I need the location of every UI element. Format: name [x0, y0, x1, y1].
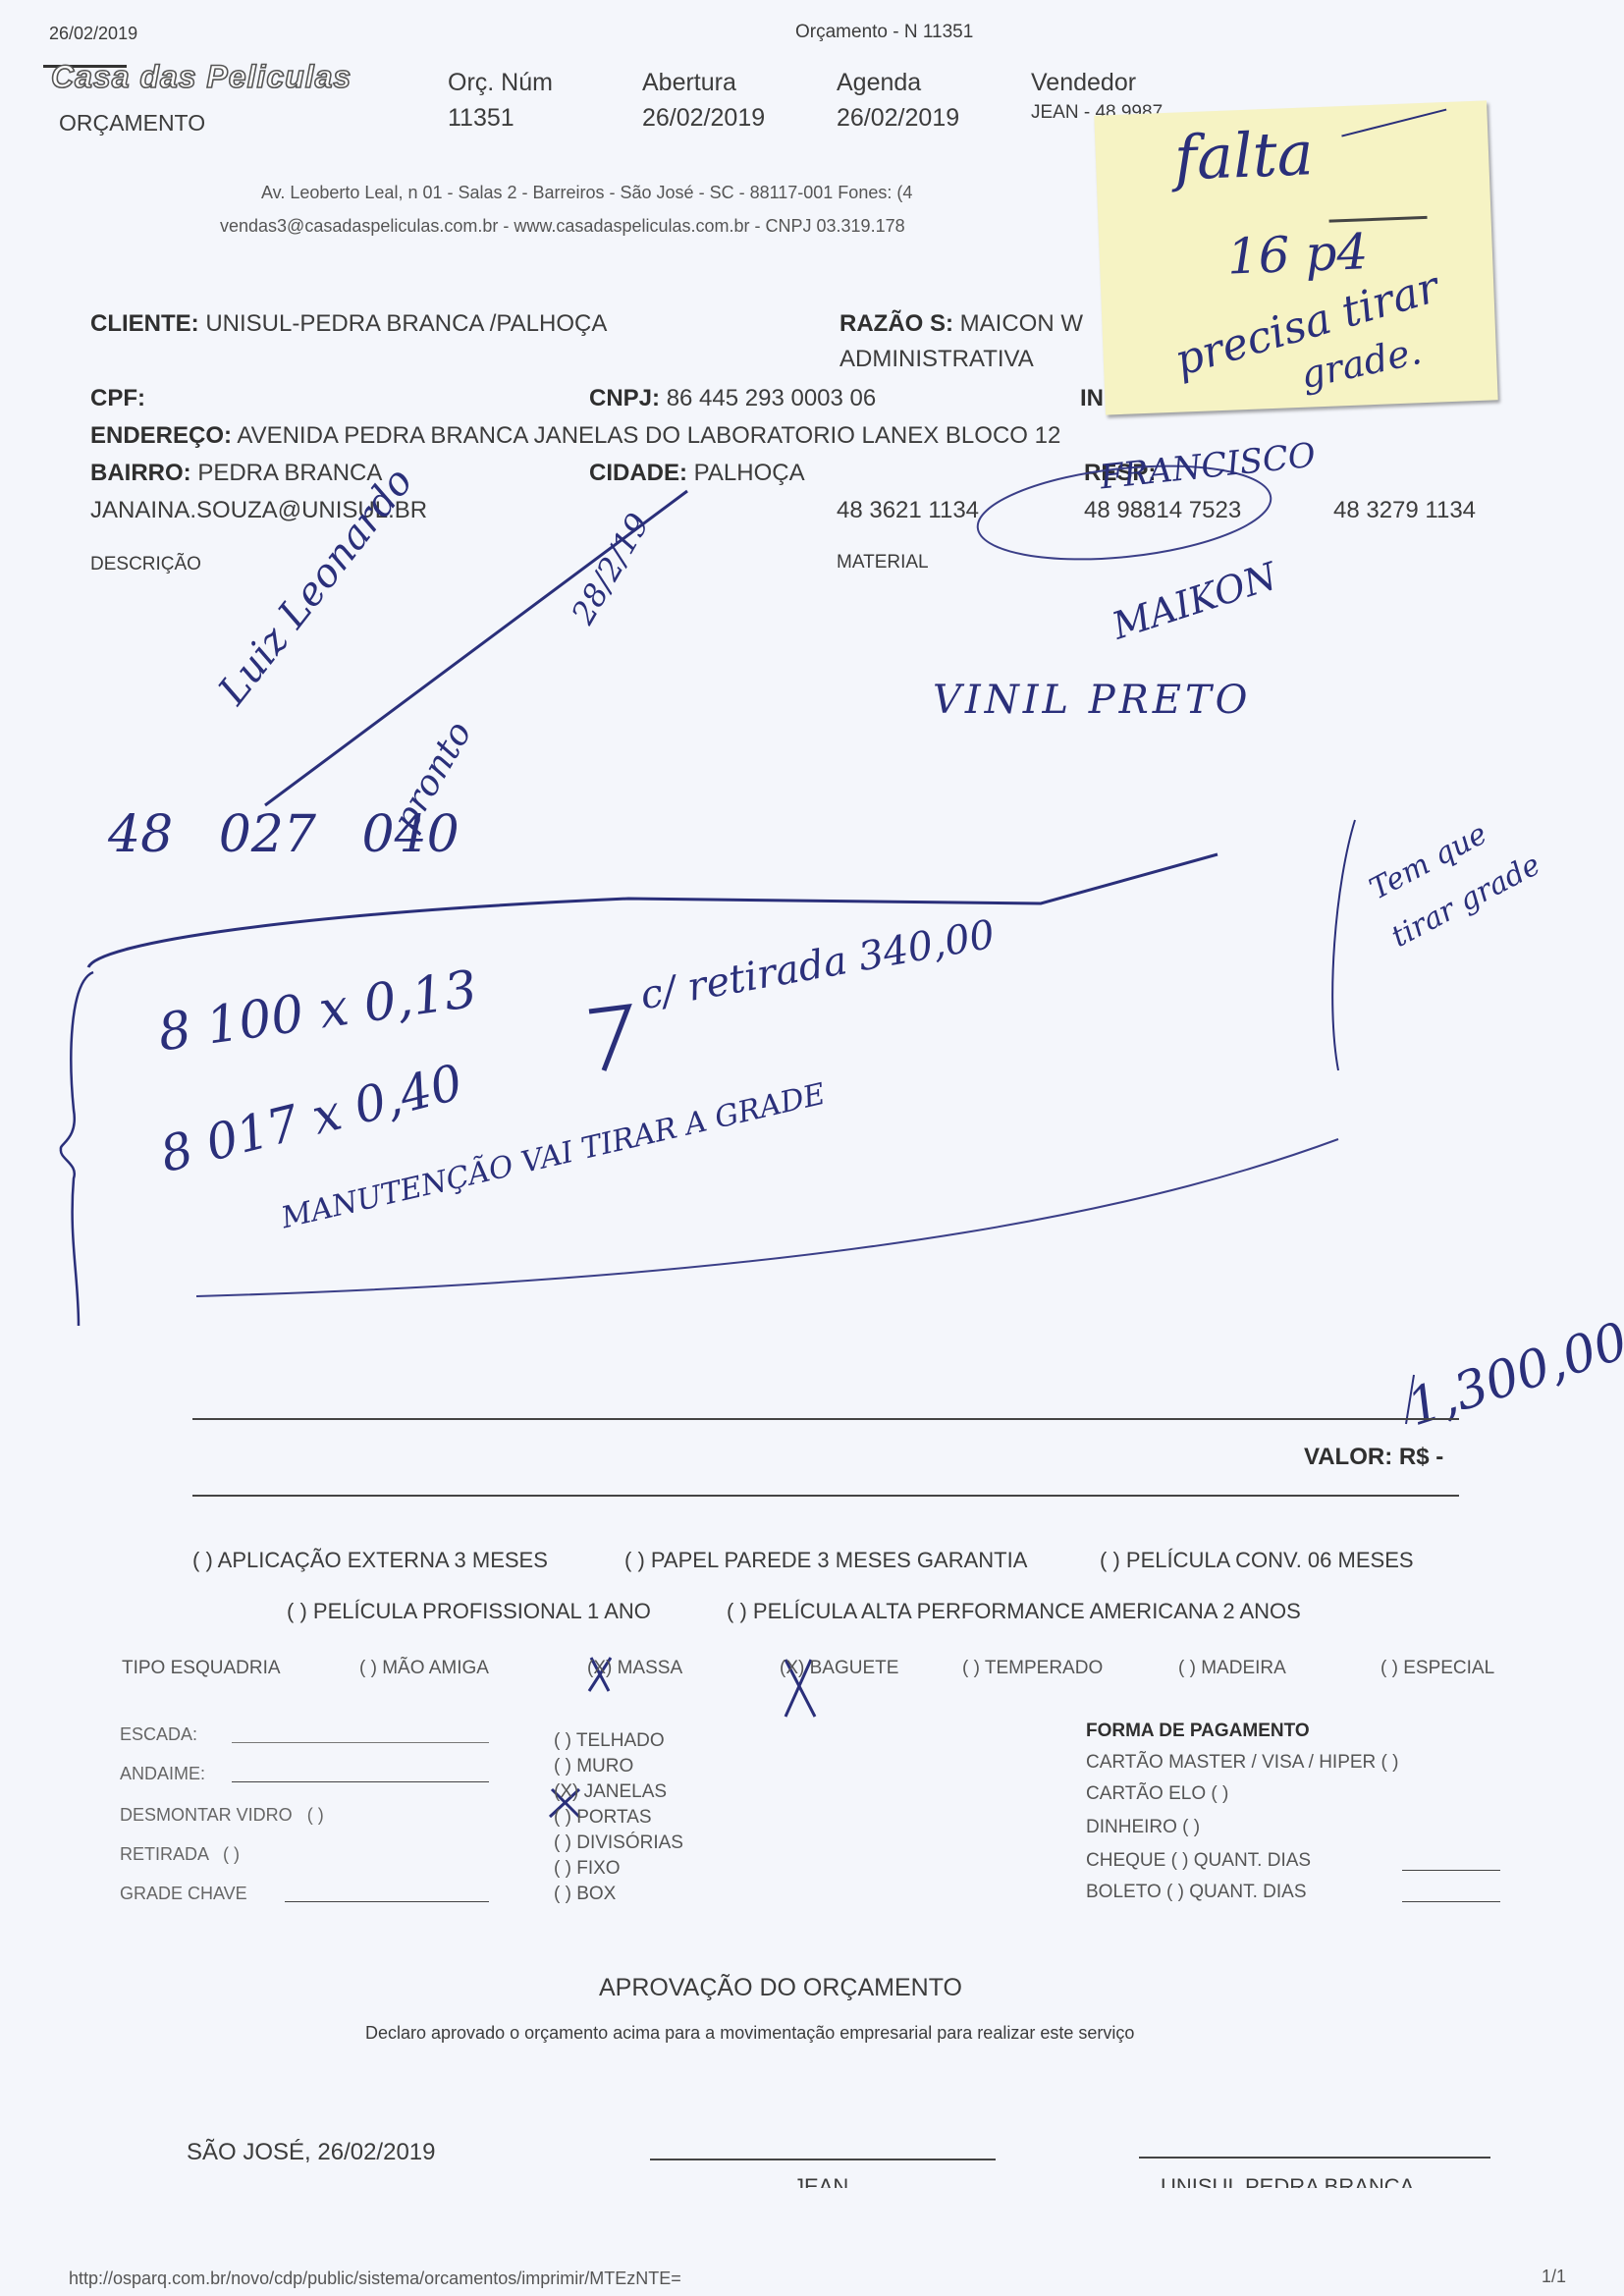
boleto-dias-field[interactable]	[1402, 1901, 1500, 1902]
divider-bottom	[192, 1495, 1459, 1497]
service-checkbox[interactable]: ( )	[624, 1548, 645, 1572]
checkbox[interactable]: (X)	[554, 1781, 578, 1802]
option-label: DESMONTAR VIDRO	[120, 1805, 293, 1825]
local-portas[interactable]: ( ) PORTAS	[554, 1807, 652, 1829]
option-label: MURO	[576, 1756, 633, 1777]
signature-line-1	[650, 2159, 996, 2160]
footer-url: http://osparq.com.br/novo/cdp/public/sis…	[69, 2269, 681, 2289]
sticky-line-1: falta	[1173, 117, 1315, 193]
divider-top	[192, 1418, 1459, 1420]
service-label: APLICAÇÃO EXTERNA 3 MESES	[218, 1548, 548, 1572]
service-pelicula-conv[interactable]: ( ) PELÍCULA CONV. 06 MESES	[1100, 1548, 1414, 1573]
service-label: PAPEL PAREDE 3 MESES GARANTIA	[651, 1548, 1028, 1572]
checkbox[interactable]: ( )	[554, 1884, 571, 1904]
esquadria-label: TIPO ESQUADRIA	[122, 1658, 281, 1679]
signature-name-1: JEAN	[793, 2174, 848, 2188]
approval-place-date: SÃO JOSÉ, 26/02/2019	[187, 2139, 436, 2166]
sticky-note: falta 16 p4 precisa tirar grade.	[1094, 100, 1497, 414]
pagamento-cartao-elo[interactable]: CARTÃO ELO ( )	[1086, 1783, 1228, 1805]
esquadria-temperado[interactable]: ( ) TEMPERADO	[962, 1658, 1103, 1679]
local-janelas[interactable]: (X) JANELAS	[554, 1781, 667, 1803]
local-box[interactable]: ( ) BOX	[554, 1884, 616, 1905]
service-aplicacao-externa[interactable]: ( ) APLICAÇÃO EXTERNA 3 MESES	[192, 1548, 548, 1573]
andaime-field[interactable]	[232, 1781, 489, 1782]
service-checkbox[interactable]: ( )	[727, 1599, 747, 1623]
pagamento-cheque[interactable]: CHEQUE ( ) QUANT. DIAS	[1086, 1850, 1311, 1872]
checkbox[interactable]: ( )	[554, 1807, 571, 1828]
service-pelicula-alta-performance[interactable]: ( ) PELÍCULA ALTA PERFORMANCE AMERICANA …	[727, 1599, 1301, 1624]
service-label: PELÍCULA ALTA PERFORMANCE AMERICANA 2 AN…	[753, 1599, 1301, 1623]
checkbox[interactable]: ( )	[1178, 1658, 1196, 1678]
pagamento-cartao-master[interactable]: CARTÃO MASTER / VISA / HIPER ( )	[1086, 1752, 1398, 1774]
service-label: PELÍCULA PROFISSIONAL 1 ANO	[313, 1599, 651, 1623]
esquadria-mao-amiga[interactable]: ( ) MÃO AMIGA	[359, 1658, 489, 1679]
esquadria-madeira[interactable]: ( ) MADEIRA	[1178, 1658, 1286, 1679]
option-label: BOX	[576, 1884, 616, 1904]
extra-grade-chave: GRADE CHAVE	[120, 1884, 247, 1904]
option-label: FIXO	[576, 1858, 620, 1879]
option-label: BAGUETE	[810, 1658, 899, 1678]
escada-field[interactable]	[232, 1742, 489, 1743]
option-label: MASSA	[618, 1658, 683, 1678]
local-telhado[interactable]: ( ) TELHADO	[554, 1730, 665, 1752]
signature-name-2: UNISUL PEDRA BRANCA	[1161, 2174, 1414, 2188]
hw-material: VINIL PRETO	[933, 678, 1251, 723]
checkbox[interactable]: ( )	[1380, 1658, 1398, 1678]
sticky-underline-1	[1341, 109, 1446, 137]
checkbox[interactable]: ( )	[554, 1858, 571, 1879]
extra-desmontar-vidro[interactable]: DESMONTAR VIDRO ( )	[120, 1805, 324, 1826]
option-label: JANELAS	[584, 1781, 667, 1802]
cheque-dias-field[interactable]	[1402, 1870, 1500, 1871]
checkbox[interactable]: ( )	[307, 1805, 324, 1825]
sticky-underline-2	[1329, 216, 1428, 223]
extra-escada: ESCADA:	[120, 1724, 197, 1745]
service-checkbox[interactable]: ( )	[192, 1548, 213, 1572]
service-checkbox[interactable]: ( )	[287, 1599, 307, 1623]
checkbox[interactable]: (X)	[780, 1658, 804, 1678]
service-checkbox[interactable]: ( )	[1100, 1548, 1120, 1572]
checkbox[interactable]: ( )	[962, 1658, 980, 1678]
checkbox[interactable]: ( )	[223, 1844, 240, 1864]
sticky-line-2: 16 p4	[1226, 223, 1369, 285]
option-label: PORTAS	[576, 1807, 651, 1828]
option-label: RETIRADA	[120, 1844, 208, 1864]
local-divisorias[interactable]: ( ) DIVISÓRIAS	[554, 1832, 683, 1854]
extra-retirada[interactable]: RETIRADA ( )	[120, 1844, 240, 1865]
esquadria-massa[interactable]: (X) MASSA	[587, 1658, 682, 1679]
option-label: ESPECIAL	[1403, 1658, 1494, 1678]
pagamento-dinheiro[interactable]: DINHEIRO ( )	[1086, 1817, 1200, 1838]
valor-label: VALOR: R$ -	[1304, 1444, 1443, 1471]
esquadria-baguete[interactable]: (X) BAGUETE	[780, 1658, 898, 1679]
service-pelicula-profissional[interactable]: ( ) PELÍCULA PROFISSIONAL 1 ANO	[287, 1599, 651, 1624]
approval-title: APROVAÇÃO DO ORÇAMENTO	[599, 1974, 962, 2002]
checkbox[interactable]: ( )	[554, 1756, 571, 1777]
pagamento-title: FORMA DE PAGAMENTO	[1086, 1721, 1310, 1742]
option-label: MADEIRA	[1201, 1658, 1286, 1678]
pagamento-boleto[interactable]: BOLETO ( ) QUANT. DIAS	[1086, 1882, 1307, 1903]
checkbox[interactable]: (X)	[587, 1658, 612, 1678]
checkbox[interactable]: ( )	[359, 1658, 377, 1678]
signature-line-2	[1139, 2157, 1490, 2159]
local-fixo[interactable]: ( ) FIXO	[554, 1858, 621, 1880]
grade-chave-field[interactable]	[285, 1901, 489, 1902]
option-label: TELHADO	[576, 1730, 665, 1751]
service-label: PELÍCULA CONV. 06 MESES	[1126, 1548, 1414, 1572]
extra-andaime: ANDAIME:	[120, 1764, 205, 1784]
hw-phone-note: 48 027 040	[108, 805, 460, 864]
option-label: DIVISÓRIAS	[576, 1832, 683, 1853]
approval-text: Declaro aprovado o orçamento acima para …	[365, 2023, 1134, 2044]
checkbox[interactable]: ( )	[554, 1730, 571, 1751]
esquadria-especial[interactable]: ( ) ESPECIAL	[1380, 1658, 1494, 1679]
option-label: MÃO AMIGA	[382, 1658, 489, 1678]
option-label: TEMPERADO	[985, 1658, 1103, 1678]
footer-page: 1/1	[1542, 2267, 1566, 2287]
local-muro[interactable]: ( ) MURO	[554, 1756, 633, 1777]
service-papel-parede[interactable]: ( ) PAPEL PAREDE 3 MESES GARANTIA	[624, 1548, 1027, 1573]
checkbox[interactable]: ( )	[554, 1832, 571, 1853]
